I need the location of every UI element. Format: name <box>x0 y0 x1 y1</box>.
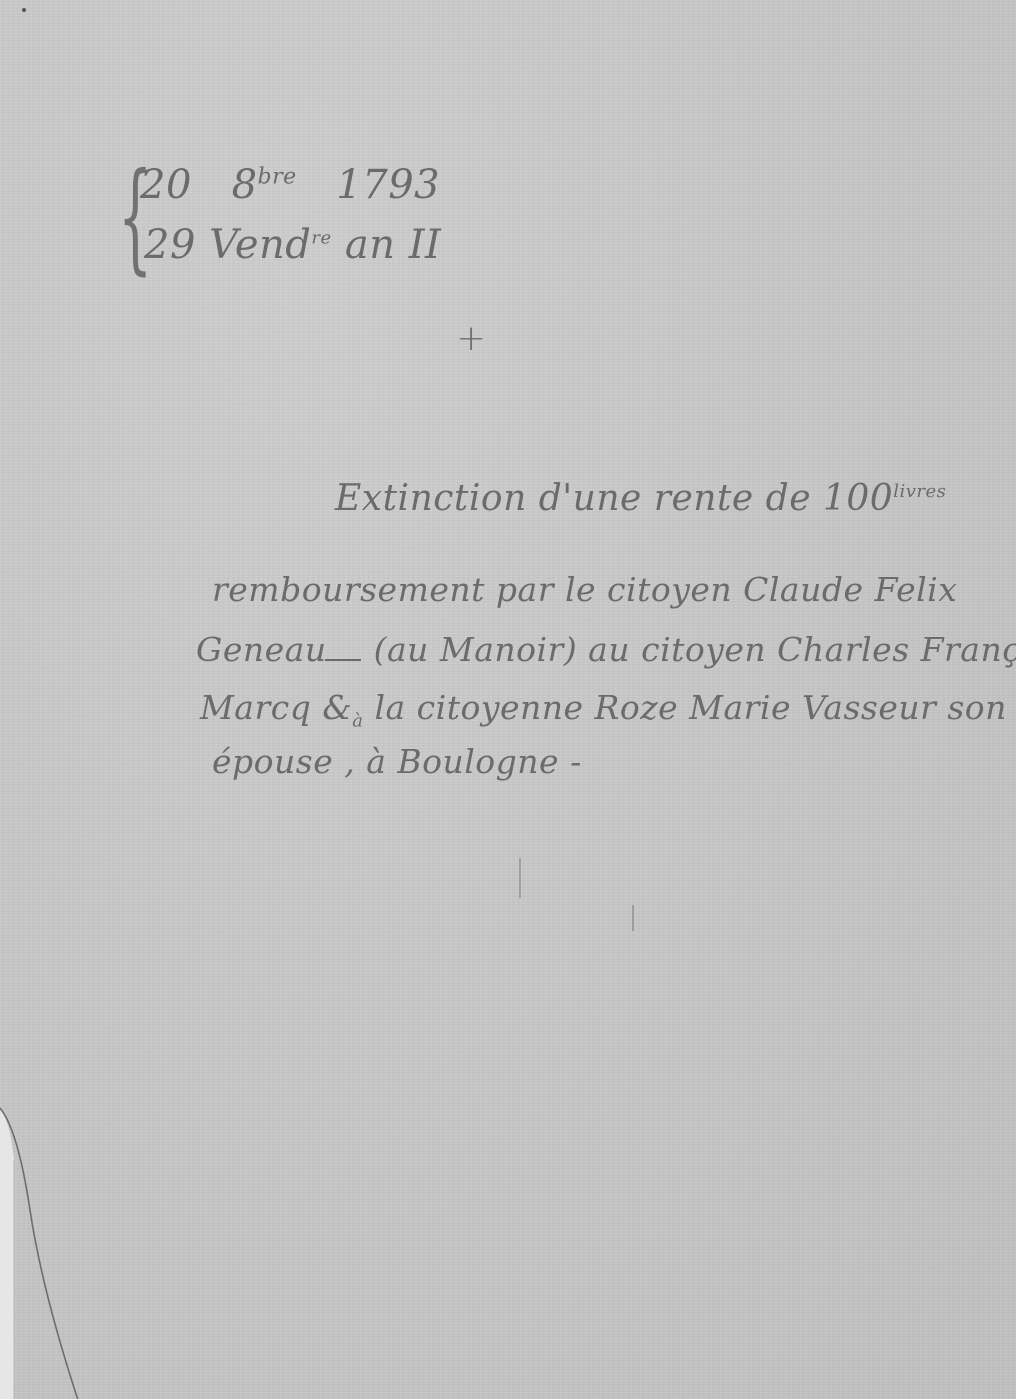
body-line-2-rest: (au Manoir) au citoyen Charles François <box>374 630 1016 669</box>
republican-month: Vend <box>209 222 311 268</box>
scanned-document-page: { 20 8bre 1793 29 Vendre an II + Extinct… <box>0 0 1016 1399</box>
date-block: { 20 8bre 1793 29 Vendre an II <box>118 150 478 290</box>
margin-speck <box>22 8 26 12</box>
scan-mark <box>632 905 634 931</box>
paper-edge-fold <box>0 1100 90 1399</box>
gregorian-month-suffix: bre <box>258 165 297 190</box>
body-line-3-rest: la citoyenne Roze Marie Vasseur son <box>374 688 1006 727</box>
ampersand: & <box>322 688 352 727</box>
republican-month-suffix: re <box>311 228 331 249</box>
name-marcq: Marcq <box>200 688 311 727</box>
gregorian-month: 8 <box>232 162 258 208</box>
scan-mark <box>519 858 521 898</box>
body-line-3: Marcq &à la citoyenne Roze Marie Vasseur… <box>200 688 1007 732</box>
republican-year: an II <box>345 222 441 268</box>
title-suffix: livres <box>893 481 946 502</box>
name-geneau: Geneau <box>196 630 327 669</box>
gregorian-day: 20 <box>140 162 192 208</box>
body-line-1: remboursement par le citoyen Claude Feli… <box>212 570 957 609</box>
insertion-a: à <box>352 711 363 732</box>
gregorian-year: 1793 <box>336 162 440 208</box>
gregorian-date: 20 8bre 1793 <box>140 162 440 208</box>
republican-date: 29 Vendre an II <box>144 222 441 268</box>
republican-day: 29 <box>144 222 196 268</box>
document-title: Extinction d'une rente de 100livres <box>335 478 946 519</box>
cross-mark: + <box>456 318 486 359</box>
title-text: Extinction d'une rente de 100 <box>335 478 893 519</box>
underscore-mark <box>325 659 361 661</box>
body-line-2: Geneau (au Manoir) au citoyen Charles Fr… <box>196 630 1016 669</box>
body-line-4: épouse , à Boulogne - <box>212 742 582 781</box>
